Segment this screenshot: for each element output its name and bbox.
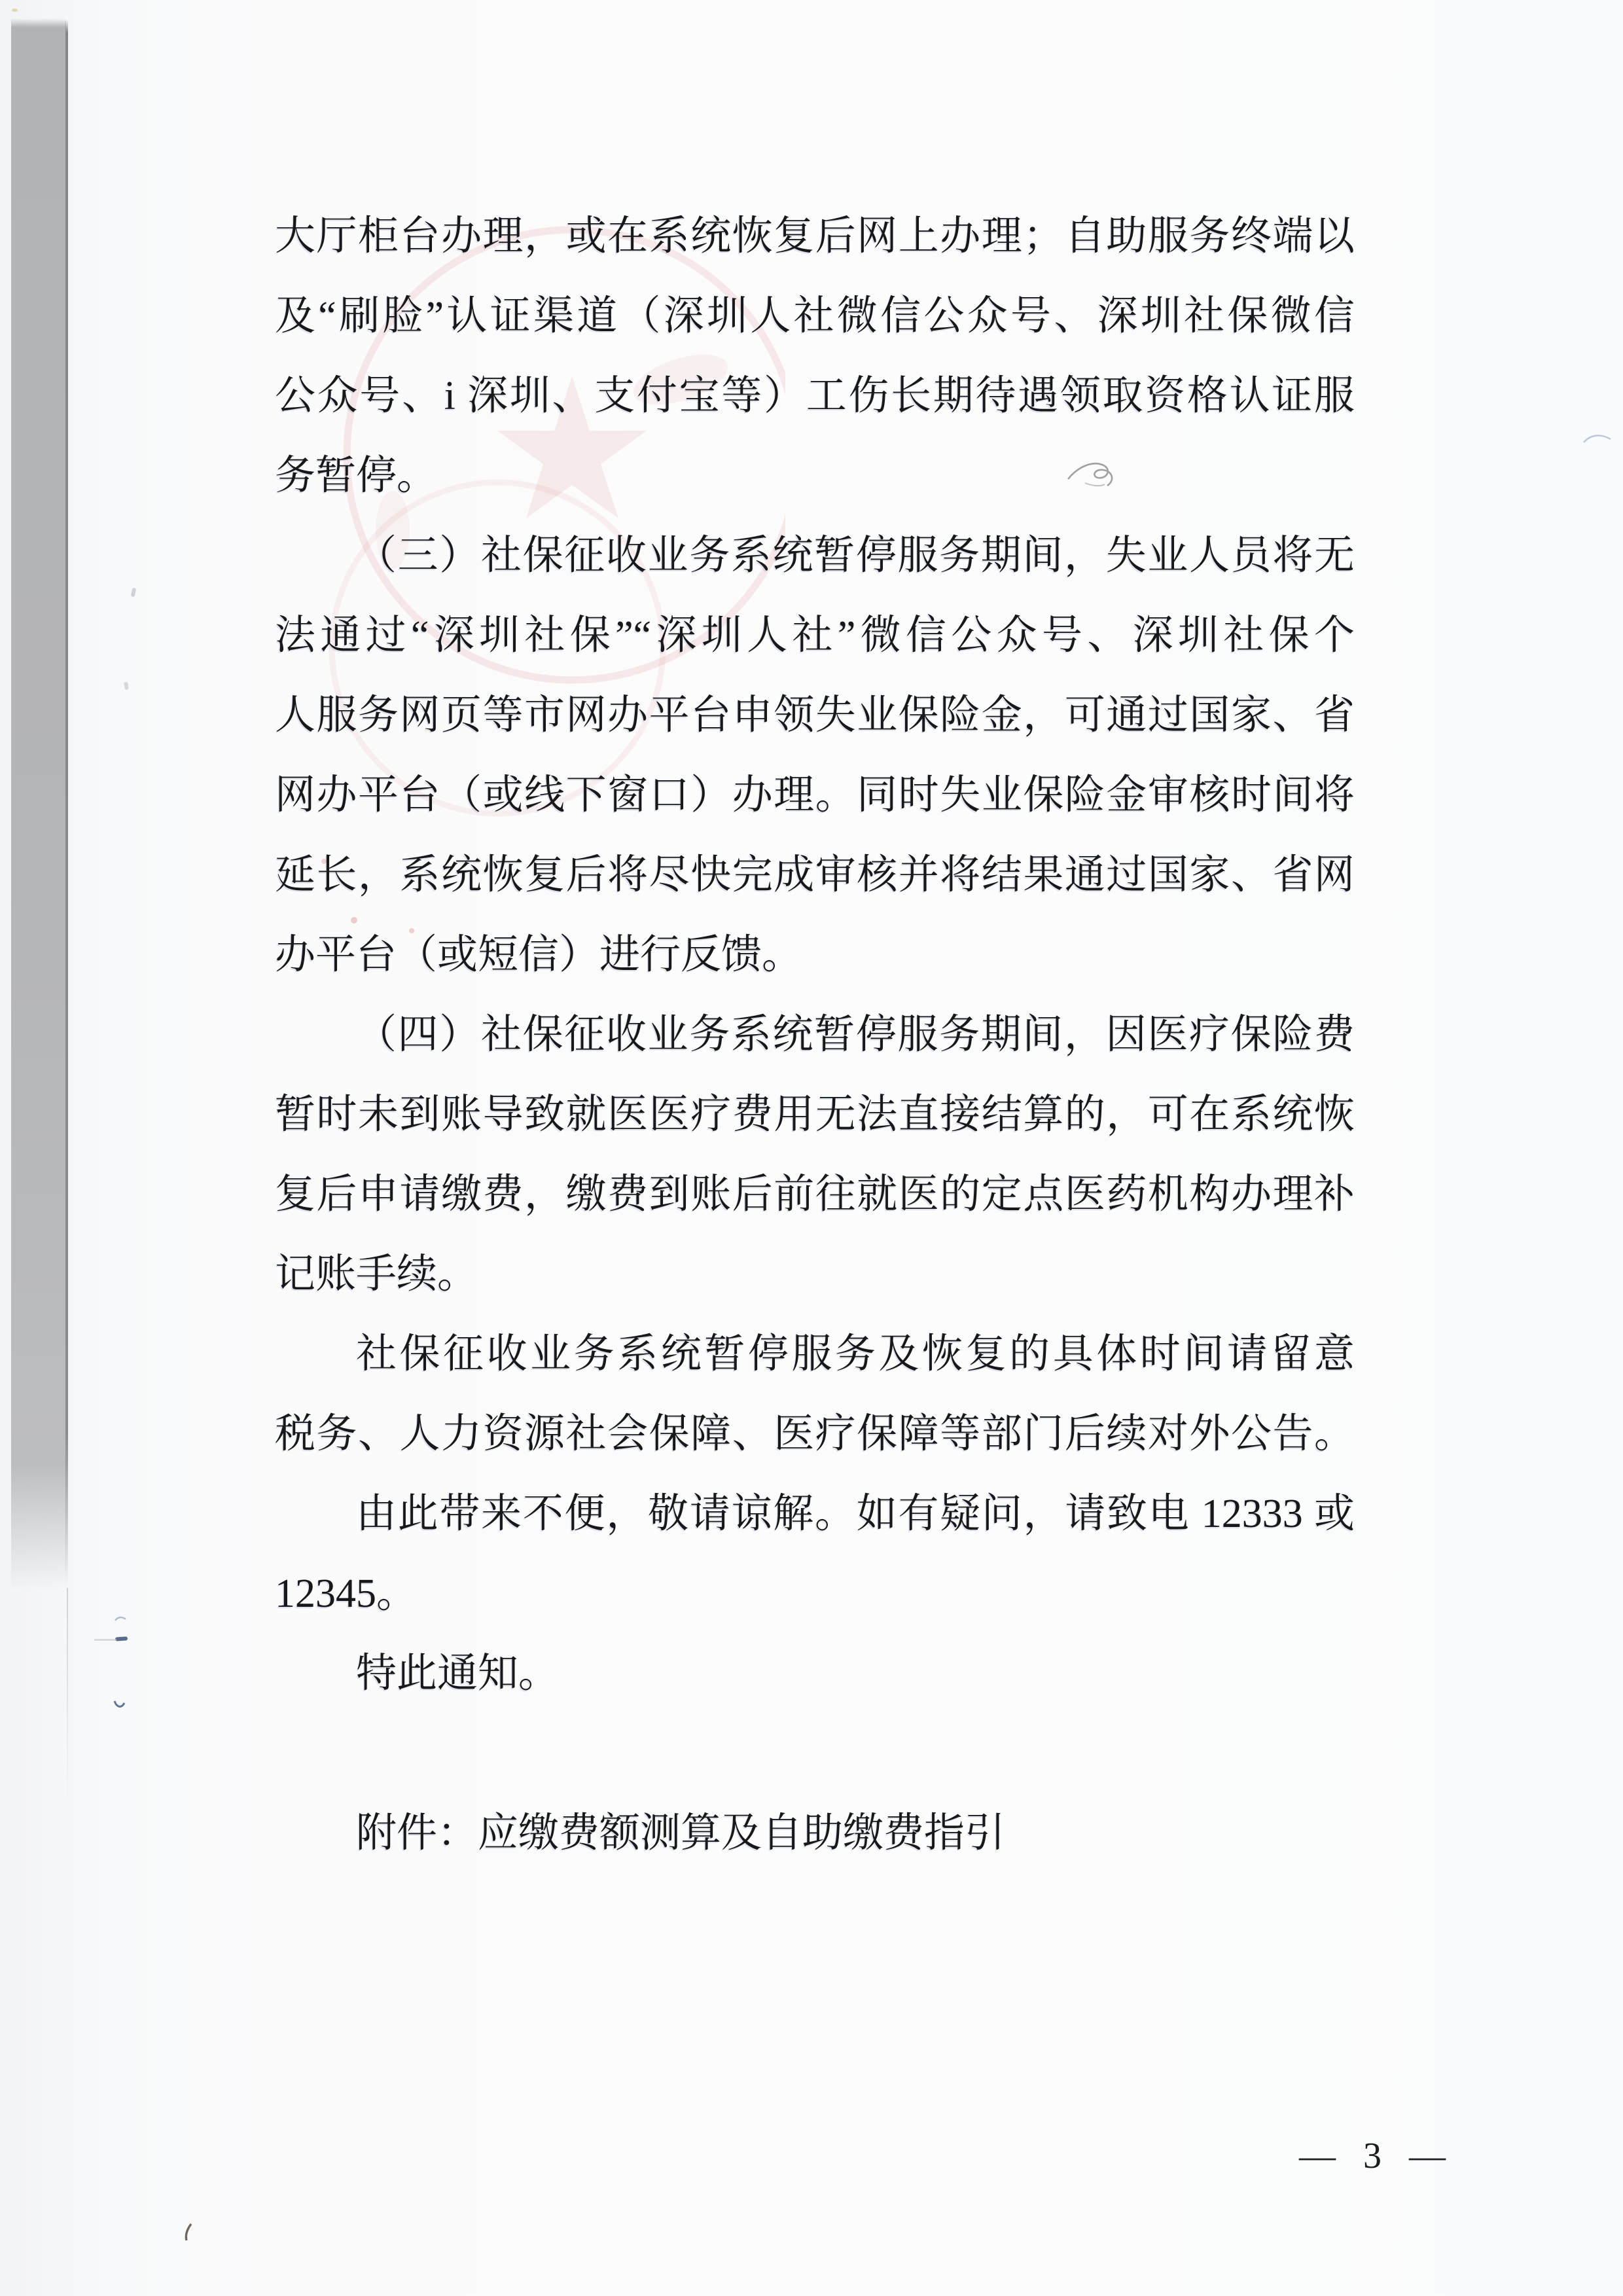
scanned-document-page: 大厅柜台办理，或在系统恢复后网上办理；自助服务终端以 及“刷脸”认证渠道（深圳人…	[0, 0, 1623, 2296]
text-line: 人服务网页等市网办平台申领失业保险金，可通过国家、省	[275, 675, 1355, 755]
page-number-label: — 3 —	[1299, 2136, 1455, 2176]
text-line: 附件：应缴费额测算及自助缴费指引	[275, 1793, 1355, 1873]
document-body: 大厅柜台办理，或在系统恢复后网上办理；自助服务终端以 及“刷脸”认证渠道（深圳人…	[275, 196, 1355, 1873]
text-line: 务暂停。	[275, 436, 1355, 516]
text-line-content: 特此通知。	[356, 1651, 559, 1696]
text-line-content: 12345。	[275, 1571, 417, 1616]
text-line-content: 办平台（或短信）进行反馈。	[275, 933, 802, 977]
text-line-content: 延长，系统恢复后将尽快完成审核并将结果通过国家、省网	[275, 853, 1355, 897]
margin-speck	[124, 682, 129, 691]
bottom-tick-mark-icon	[183, 2223, 193, 2242]
text-line: 12345。	[275, 1554, 1355, 1634]
scanner-edge-strip-tail	[67, 1588, 68, 1804]
text-line: 特此通知。	[275, 1634, 1355, 1713]
text-line-content: （三）社保征收业务系统暂停服务期间，失业人员将无	[356, 533, 1355, 578]
text-line: （三）社保征收业务系统暂停服务期间，失业人员将无	[275, 516, 1355, 596]
text-line-content: 税务、人力资源社会保障、医疗保障等部门后续对外公告。	[275, 1412, 1355, 1456]
text-line: 税务、人力资源社会保障、医疗保障等部门后续对外公告。	[275, 1394, 1355, 1474]
text-line: 复后申请缴费，缴费到账后前往就医的定点医药机构办理补	[275, 1155, 1355, 1234]
margin-check-mark-icon	[113, 1699, 126, 1710]
text-line: 公众号、i 深圳、支付宝等）工伤长期待遇领取资格认证服	[275, 356, 1355, 436]
text-line-content: 法通过“深圳社保”“深圳人社”微信公众号、深圳社保个	[275, 613, 1355, 658]
text-line: （四）社保征收业务系统暂停服务期间，因医疗保险费	[275, 995, 1355, 1075]
scanner-edge-strip-border	[65, 20, 68, 1588]
text-line: 法通过“深圳社保”“深圳人社”微信公众号、深圳社保个	[275, 596, 1355, 675]
page-number: — 3 —	[1299, 2135, 1455, 2177]
text-line-content: 复后申请缴费，缴费到账后前往就医的定点医药机构办理补	[275, 1172, 1355, 1217]
text-line: 大厅柜台办理，或在系统恢复后网上办理；自助服务终端以	[275, 196, 1355, 276]
text-line-content: 人服务网页等市网办平台申领失业保险金，可通过国家、省	[275, 693, 1355, 738]
margin-ink-mark-icon	[114, 1615, 127, 1623]
text-line: 及“刷脸”认证渠道（深圳人社微信公众号、深圳社保微信	[275, 276, 1355, 356]
text-line-content: 网办平台（或线下窗口）办理。同时失业保险金审核时间将	[275, 773, 1355, 817]
text-line-content: 暂时未到账导致就医医疗费用无法直接结算的，可在系统恢	[275, 1092, 1355, 1137]
margin-gray-dash	[94, 1639, 116, 1641]
text-line-content: 及“刷脸”认证渠道（深圳人社微信公众号、深圳社保微信	[275, 294, 1355, 338]
text-line-content: 务暂停。	[275, 454, 437, 498]
text-line-content: （四）社保征收业务系统暂停服务期间，因医疗保险费	[356, 1013, 1355, 1057]
margin-speck	[131, 588, 137, 598]
blue-arc-scan-mark-icon	[1582, 431, 1613, 448]
text-line: 延长，系统恢复后将尽快完成审核并将结果通过国家、省网	[275, 835, 1355, 915]
text-line-content: 社保征收业务系统暂停服务及恢复的具体时间请留意	[356, 1332, 1355, 1376]
text-line: 办平台（或短信）进行反馈。	[275, 915, 1355, 995]
margin-ink-blot-icon	[115, 1635, 129, 1643]
text-line-content: 附件：应缴费额测算及自助缴费指引	[356, 1811, 1005, 1856]
text-line: 记账手续。	[275, 1234, 1355, 1314]
text-line-content: 记账手续。	[275, 1252, 478, 1297]
text-line-content: 大厅柜台办理，或在系统恢复后网上办理；自助服务终端以	[275, 214, 1355, 259]
scanner-edge-strip	[11, 18, 66, 1590]
text-line: 网办平台（或线下窗口）办理。同时失业保险金审核时间将	[275, 755, 1355, 835]
text-line: 社保征收业务系统暂停服务及恢复的具体时间请留意	[275, 1314, 1355, 1394]
text-line-content: 由此带来不便，敬请谅解。如有疑问，请致电 12333 或	[356, 1492, 1355, 1536]
text-line: 由此带来不便，敬请谅解。如有疑问，请致电 12333 或	[275, 1474, 1355, 1554]
text-line-content: 公众号、i 深圳、支付宝等）工伤长期待遇领取资格认证服	[275, 374, 1355, 418]
paper-speck	[12, 9, 18, 12]
text-line: 暂时未到账导致就医医疗费用无法直接结算的，可在系统恢	[275, 1075, 1355, 1155]
